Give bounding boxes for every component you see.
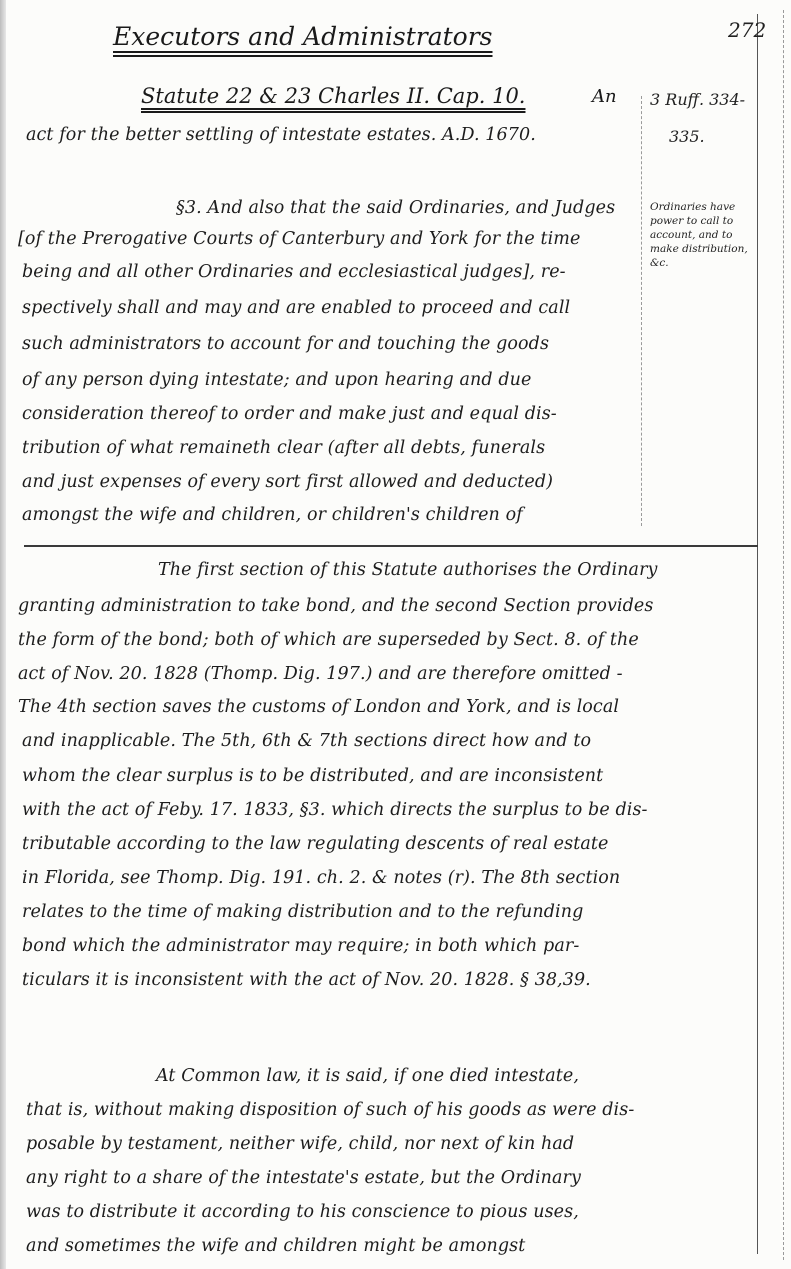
commentary-line: The first section of this Statute author… xyxy=(158,560,658,580)
commentary-line: The 4th section saves the customs of Lon… xyxy=(18,697,619,717)
commentary-line: tributable according to the law regulati… xyxy=(22,834,608,854)
common-law-line: posable by testament, neither wife, chil… xyxy=(26,1134,574,1154)
page-left-edge xyxy=(0,0,6,1269)
commentary-line: act of Nov. 20. 1828 (Thomp. Dig. 197.) … xyxy=(18,664,623,684)
common-law-line: that is, without making disposition of s… xyxy=(26,1100,634,1120)
commentary-line: whom the clear surplus is to be distribu… xyxy=(22,766,603,786)
section-3-line: such administrators to account for and t… xyxy=(22,334,549,354)
commentary-line: with the act of Feby. 17. 1833, §3. whic… xyxy=(22,800,648,820)
margin-note-line: &c. xyxy=(650,256,762,270)
statute-heading-tail: An xyxy=(592,86,617,107)
commentary-line: in Florida, see Thomp. Dig. 191. ch. 2. … xyxy=(22,868,620,888)
page-rule-far-right xyxy=(783,10,784,1260)
section-3-line: amongst the wife and children, or childr… xyxy=(22,505,523,525)
statute-reference-line1: 3 Ruff. 334- xyxy=(650,90,745,109)
section-3-line: and just expenses of every sort first al… xyxy=(22,472,553,492)
section-divider xyxy=(24,545,758,547)
margin-rule-left xyxy=(641,96,642,526)
section-3-line: being and all other Ordinaries and eccle… xyxy=(22,262,566,282)
statute-reference-line2: 335. xyxy=(669,127,705,146)
common-law-line: At Common law, it is said, if one died i… xyxy=(156,1066,579,1086)
commentary-line: granting administration to take bond, an… xyxy=(18,596,653,616)
commentary-line: and inapplicable. The 5th, 6th & 7th sec… xyxy=(22,731,591,751)
section-3-line: spectively shall and may and are enabled… xyxy=(22,298,570,318)
commentary-line: relates to the time of making distributi… xyxy=(22,902,583,922)
section-3-line: consideration thereof to order and make … xyxy=(22,404,557,424)
common-law-line: and sometimes the wife and children migh… xyxy=(26,1236,525,1256)
section-3-line: tribution of what remaineth clear (after… xyxy=(22,438,545,458)
page-number: 272 xyxy=(728,18,766,42)
section-3-line: [of the Prerogative Courts of Canterbury… xyxy=(18,229,580,249)
commentary-line: the form of the bond; both of which are … xyxy=(18,630,639,650)
margin-note-line: account, and to xyxy=(650,228,762,242)
manuscript-page: 272 Executors and Administrators Statute… xyxy=(0,0,791,1269)
margin-note-line: Ordinaries have xyxy=(650,200,762,214)
section-3-line: of any person dying intestate; and upon … xyxy=(22,370,531,390)
statute-heading: Statute 22 & 23 Charles II. Cap. 10. xyxy=(141,84,525,108)
section-3-line: §3. And also that the said Ordinaries, a… xyxy=(176,198,615,218)
commentary-line: bond which the administrator may require… xyxy=(22,936,579,956)
page-title: Executors and Administrators xyxy=(113,22,493,51)
commentary-line: ticulars it is inconsistent with the act… xyxy=(22,970,591,990)
margin-note: Ordinaries have power to call to account… xyxy=(650,200,762,270)
margin-note-line: make distribution, xyxy=(650,242,762,256)
common-law-line: any right to a share of the intestate's … xyxy=(26,1168,581,1188)
margin-note-line: power to call to xyxy=(650,214,762,228)
common-law-line: was to distribute it according to his co… xyxy=(26,1202,579,1222)
statute-subheading: act for the better settling of intestate… xyxy=(26,125,536,145)
